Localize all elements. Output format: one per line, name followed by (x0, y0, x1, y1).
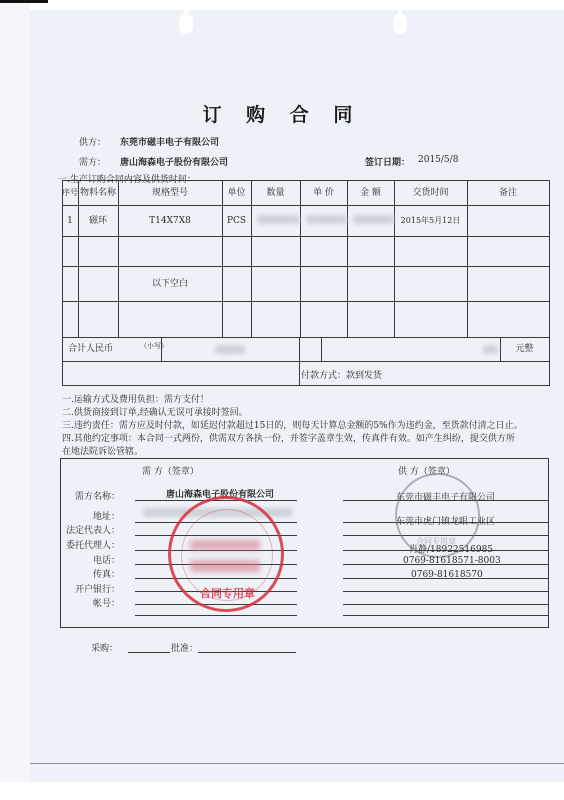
table-rule (62, 361, 550, 362)
table-rule (299, 337, 300, 361)
supplier-name: 东莞市磁丰电子有限公司 (120, 135, 219, 148)
cell-delivery: 2015年5月12日 (394, 205, 467, 236)
sign-date: 2015/5/8 (418, 155, 458, 165)
page-bottom-edge (30, 763, 564, 764)
term-2: 二.供货商接到订单,经确认无误可承接时签回。 (62, 405, 248, 418)
buyer-seal-text: 合同专用章 (200, 585, 255, 601)
column-header: 金 额 (347, 180, 394, 205)
supplier-field-line[interactable] (343, 615, 548, 616)
table-rule (62, 337, 63, 361)
cell-index: 1 (62, 205, 78, 236)
supplier-label: 供方： (79, 135, 106, 148)
redacted-unit_price (306, 215, 347, 224)
redacted-quantity (257, 215, 300, 224)
term-1: 一.运输方式及费用负担：需方支付！ (62, 392, 209, 405)
table-rule (549, 337, 550, 361)
table-rule (62, 337, 550, 338)
cell-spec: 以下空白 (118, 266, 222, 301)
table-rule (549, 361, 550, 385)
cell-unit: PCS (222, 205, 251, 236)
column-header: 物料名称 (78, 180, 118, 205)
total-suffix: 元整 (500, 337, 549, 361)
seal-redaction (190, 540, 260, 550)
total-small-redacted (215, 345, 245, 354)
table-rule (321, 337, 322, 361)
column-header: 交货时间 (394, 180, 467, 205)
buyer-field-line[interactable] (135, 615, 297, 616)
binder-hole (393, 14, 407, 34)
seal-redaction (190, 560, 260, 572)
sign-date-label: 签订日期： (365, 155, 410, 168)
supplier-field-line[interactable] (343, 604, 548, 605)
scan-edge-mark (0, 0, 48, 3)
buyer-seal-header: 需 方（签章） (142, 464, 199, 477)
approve-label: 批准： (171, 641, 198, 654)
signature-field-label: 委托代理人： (66, 538, 120, 551)
table-rule (62, 236, 550, 237)
signature-field-label: 电话： (93, 553, 120, 566)
approve-signature-line[interactable] (198, 652, 296, 653)
buyer-name: 唐山海森电子股份有限公司 (120, 155, 228, 168)
total-large-redacted (483, 345, 498, 354)
supplier-field-line[interactable] (343, 591, 548, 592)
cell-spec: T14X7X8 (118, 205, 222, 236)
cell-material: 磁环 (78, 205, 118, 236)
total-label: 合计人民币 (68, 341, 113, 354)
supplier-name-value: 东莞市磁丰电子有限公司 (396, 490, 495, 503)
signature-field-label: 地址： (93, 509, 120, 522)
column-header: 备注 (467, 180, 549, 205)
signature-field-label: 传真： (93, 567, 120, 580)
column-header: 数量 (251, 180, 300, 205)
purchase-label: 采购： (91, 641, 118, 654)
redacted-amount (353, 215, 394, 224)
column-header: 单 价 (300, 180, 347, 205)
supplier-address-value: 东莞市虎门镇龙眼工业区 (396, 514, 495, 527)
signature-field-label: 需方名称： (75, 489, 120, 502)
supplier-fax-value: 0769-81618570 (411, 570, 483, 580)
supplier-phone-value: 0769-81618571-8003 (403, 556, 501, 566)
purchase-signature-line[interactable] (128, 652, 170, 653)
table-rule (62, 301, 550, 302)
contract-title: 订 购 合 同 (0, 100, 564, 127)
column-header: 序号 (62, 180, 78, 205)
term-3: 三.违约责任：需方应及时付款，如延迟付款超过15日的，则每天计算总金额的5%作为… (62, 418, 523, 431)
payment-method: 付款方式：款到发货 (301, 368, 382, 381)
term-4-cont: 在地法院诉讼管辖。 (62, 444, 143, 457)
column-header: 单位 (222, 180, 251, 205)
column-header: 规格型号 (118, 180, 222, 205)
signature-field-label: 法定代表人： (66, 523, 120, 536)
table-rule (62, 385, 550, 386)
table-rule (299, 361, 300, 385)
supplier-agent-value: 肖静/18922516985 (409, 542, 493, 555)
table-rule (549, 180, 550, 337)
total-small-note: （小写） (140, 341, 168, 351)
signature-field-label: 开户银行： (75, 582, 120, 595)
term-4: 四.其他约定事项：本合同一式两份，供需双方各执一份，并签字盖章生效，传真件有效。… (62, 431, 515, 444)
binder-hole (179, 14, 193, 34)
table-rule (62, 361, 63, 385)
buyer-label: 需方： (79, 155, 106, 168)
signature-field-label: 帐号： (93, 596, 120, 609)
